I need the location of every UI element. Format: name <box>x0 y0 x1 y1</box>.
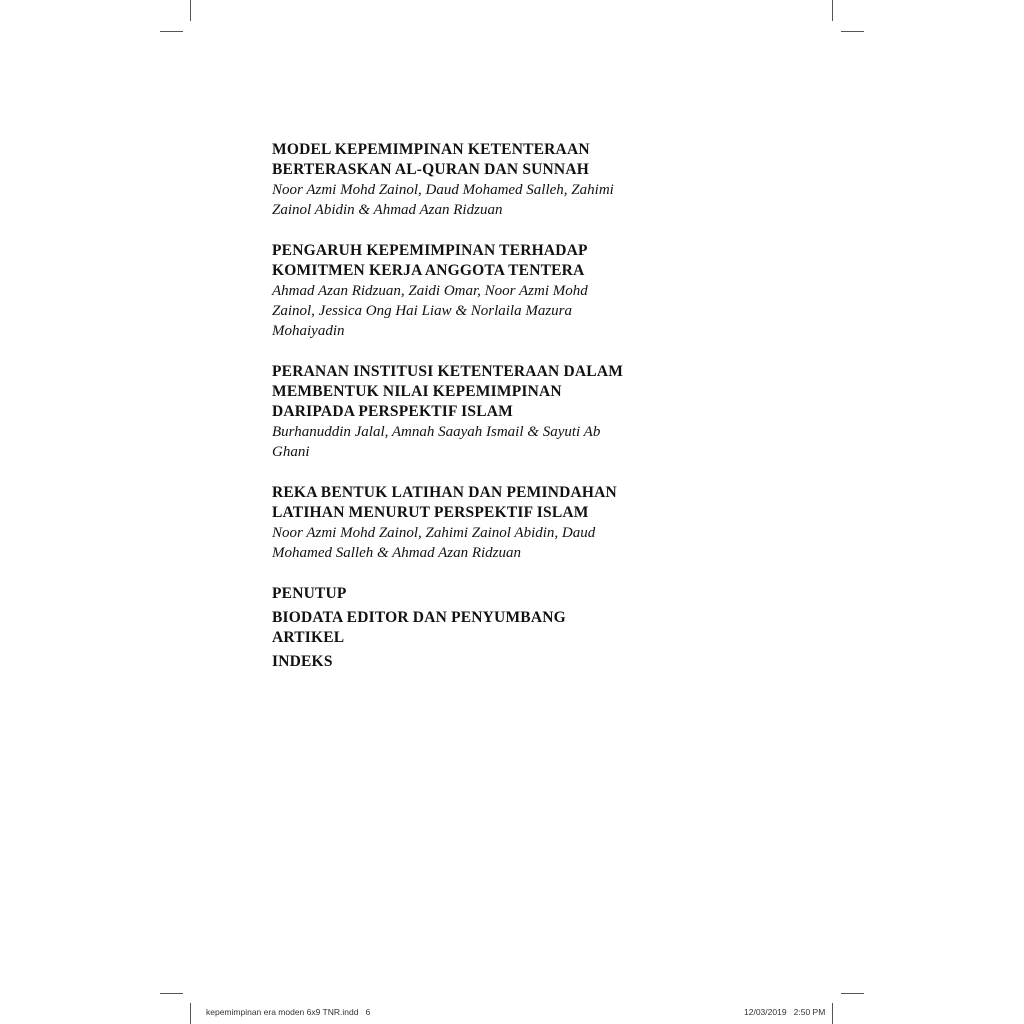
slug-timestamp: 12/03/2019 2:50 PM <box>744 1007 825 1017</box>
toc-entry-title: REKA BENTUK LATIHAN DAN PEMINDAHANLATIHA… <box>272 483 672 523</box>
crop-mark-bottom-left-horizontal <box>160 993 183 994</box>
toc-biodata: BIODATA EDITOR DAN PENYUMBANGARTIKEL <box>272 608 672 648</box>
crop-mark-top-left-vertical <box>190 0 191 21</box>
toc-entry: PENGARUH KEPEMIMPINAN TERHADAPKOMITMEN K… <box>272 241 672 341</box>
toc-entry: MODEL KEPEMIMPINAN KETENTERAANBERTERASKA… <box>272 140 672 220</box>
toc-entry-authors: Noor Azmi Mohd Zainol, Zahimi Zainol Abi… <box>272 523 672 563</box>
toc-entry: REKA BENTUK LATIHAN DAN PEMINDAHANLATIHA… <box>272 483 672 563</box>
crop-mark-top-left-horizontal <box>160 31 183 32</box>
crop-mark-bottom-right-vertical <box>832 1003 833 1024</box>
toc-entry-authors: Noor Azmi Mohd Zainol, Daud Mohamed Sall… <box>272 180 672 220</box>
table-of-contents: MODEL KEPEMIMPINAN KETENTERAANBERTERASKA… <box>272 140 672 676</box>
slug-filename: kepemimpinan era moden 6x9 TNR.indd 6 <box>206 1007 370 1017</box>
crop-mark-top-right-horizontal <box>841 31 864 32</box>
toc-entry-authors: Burhanuddin Jalal, Amnah Saayah Ismail &… <box>272 422 672 462</box>
crop-mark-bottom-left-vertical <box>190 1003 191 1024</box>
toc-penutup: PENUTUP <box>272 584 672 604</box>
toc-entry-title: PENGARUH KEPEMIMPINAN TERHADAPKOMITMEN K… <box>272 241 672 281</box>
crop-mark-bottom-right-horizontal <box>841 993 864 994</box>
toc-entry-title: PERANAN INSTITUSI KETENTERAAN DALAMMEMBE… <box>272 362 672 422</box>
toc-entry-title: MODEL KEPEMIMPINAN KETENTERAANBERTERASKA… <box>272 140 672 180</box>
crop-mark-top-right-vertical <box>832 0 833 21</box>
toc-indeks: INDEKS <box>272 652 672 672</box>
toc-entry: PERANAN INSTITUSI KETENTERAAN DALAMMEMBE… <box>272 362 672 462</box>
toc-entry-authors: Ahmad Azan Ridzuan, Zaidi Omar, Noor Azm… <box>272 281 672 341</box>
